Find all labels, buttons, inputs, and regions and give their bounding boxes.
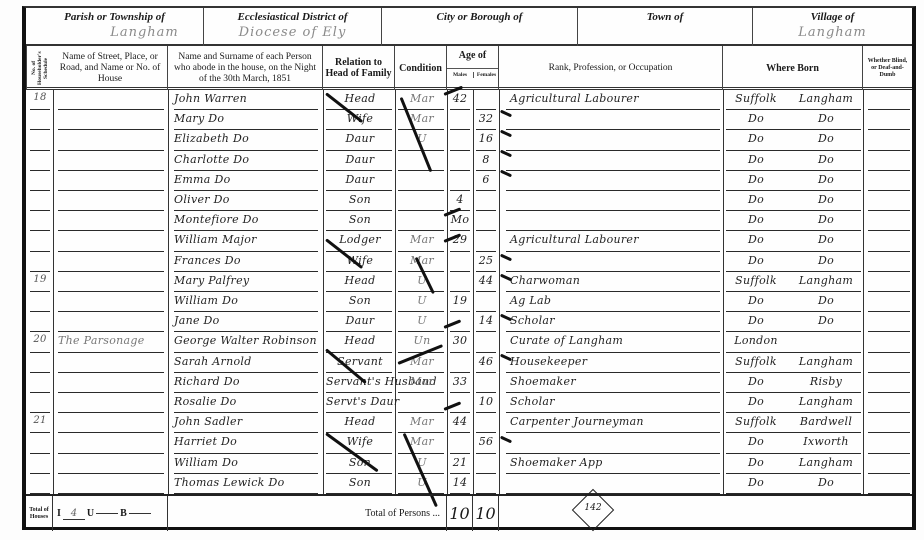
city-label: City or Borough of [382,11,577,23]
census-row: Mary DoWifeMar32DoDo [26,110,912,131]
census-sheet: Parish or Township of Langham Ecclesiast… [22,6,916,530]
page-stamp-number: 142 [578,503,608,513]
cell-condition: U [398,314,446,327]
cell-name: John Sadler [174,415,322,428]
cell-relation: Son [326,294,394,307]
cell-schedule: 19 [29,274,51,285]
cell-occupation: Shoemaker [510,375,720,388]
census-row: Jane DoDaurU14ScholarDoDo [26,312,912,333]
cell-born-place: Ixworth [791,435,861,448]
total-females: 10 [473,496,499,531]
cell-occupation: Carpenter Journeyman [510,415,720,428]
col-occupation: Rank, Profession, or Occupation [499,46,723,90]
cell-born-place: Do [791,213,861,226]
cell-male-age: 19 [448,294,472,307]
cell-condition: U [398,456,446,469]
cell-male-age: 30 [448,334,472,347]
col-condition: Condition [395,46,447,90]
cell-born-county: Do [726,395,786,408]
cell-born-place: Do [791,314,861,327]
cell-name: Thomas Lewick Do [174,476,322,489]
census-row: 18John WarrenHeadMar42Agricultural Labou… [26,90,912,111]
cell-relation: Son [326,476,394,489]
cell-occupation: Curate of Langham [510,334,720,347]
census-row: Elizabeth DoDaurU16DoDo [26,130,912,151]
cell-female-age: 44 [474,274,498,287]
cell-born-county: London [726,334,786,347]
census-row: Charlotte DoDaur8DoDo [26,151,912,172]
cell-male-age: 44 [448,415,472,428]
cell-name: Montefiore Do [174,213,322,226]
cell-occupation: Housekeeper [510,355,720,368]
col-females: Females [473,72,499,78]
town-field: Town of [578,8,753,46]
cell-name: Rosalie Do [174,395,322,408]
census-row: Montefiore DoSonMoDoDo [26,211,912,232]
cell-born-county: Do [726,173,786,186]
cell-name: William Do [174,294,322,307]
cell-born-county: Do [726,233,786,246]
cell-occupation: Charwoman [510,274,720,287]
cell-female-age: 16 [474,132,498,145]
inhabited-value: 4 [63,508,85,520]
cell-relation: Daur [326,153,394,166]
census-row: Thomas Lewick DoSonU14DoDo [26,474,912,495]
houses-counts: I 4 U B [53,496,168,531]
cell-born-county: Do [726,435,786,448]
cell-female-age: 14 [474,314,498,327]
cell-name: Mary Do [174,112,322,125]
cell-female-age: 10 [474,395,498,408]
cell-condition: Mar [398,415,446,428]
cell-male-age: Mo [448,213,472,226]
cell-born-county: Do [726,476,786,489]
col-males: Males [447,72,473,78]
cell-born-county: Do [726,294,786,307]
cell-condition: U [398,294,446,307]
uninhabited-value [96,513,118,514]
cell-born-county: Do [726,153,786,166]
cell-born-place: Langham [791,355,861,368]
census-row: William MajorLodgerMar29Agricultural Lab… [26,231,912,252]
cell-name: Harriet Do [174,435,322,448]
cell-born-place: Risby [791,375,861,388]
cell-male-age: 33 [448,375,472,388]
cell-born-place: Langham [791,395,861,408]
census-row: 21John SadlerHeadMar44Carpenter Journeym… [26,413,912,434]
city-field: City or Borough of [382,8,578,46]
cell-condition: Mar [398,375,446,388]
cell-born-place: Do [791,153,861,166]
census-row: Harriet DoWifeMar56DoIxworth [26,433,912,454]
cell-born-county: Suffolk [726,274,786,287]
cell-name: William Major [174,233,322,246]
cell-born-county: Suffolk [726,355,786,368]
cell-female-age: 8 [474,153,498,166]
cell-name: John Warren [174,92,322,105]
ecclesiastical-value: Diocese of Ely [204,25,381,40]
cell-born-county: Suffolk [726,415,786,428]
cell-male-age: 14 [448,476,472,489]
cell-born-place: Langham [791,92,861,105]
cell-born-county: Do [726,193,786,206]
cell-occupation: Agricultural Labourer [510,233,720,246]
town-label: Town of [578,11,752,23]
cell-condition: U [398,132,446,145]
cell-born-place: Do [791,132,861,145]
building-value [129,513,151,514]
cell-name: Richard Do [174,375,322,388]
cell-female-age: 32 [474,112,498,125]
cell-relation: Head [326,415,394,428]
cell-name: Charlotte Do [174,153,322,166]
cell-born-place: Langham [791,456,861,469]
cell-occupation: Scholar [510,314,720,327]
cell-relation: Son [326,213,394,226]
cell-name: Sarah Arnold [174,355,322,368]
ecclesiastical-label: Ecclesiastical District of [204,11,381,23]
cell-born-place: Do [791,173,861,186]
cell-born-place: Do [791,254,861,267]
total-males: 10 [447,496,473,531]
village-field: Village of Langham [753,8,912,46]
cell-relation: Daur [326,314,394,327]
parish-field: Parish or Township of Langham [26,8,204,46]
cell-born-place: Do [791,476,861,489]
cell-female-age: 56 [474,435,498,448]
cell-born-county: Do [726,132,786,145]
cell-name: William Do [174,456,322,469]
cell-born-place: Bardwell [791,415,861,428]
total-persons-label: Total of Persons ... [168,496,447,531]
census-row: Rosalie DoServt's Daur10ScholarDoLangham [26,393,912,414]
cell-name: Elizabeth Do [174,132,322,145]
cell-street: The Parsonage [58,334,166,347]
col-blind: Whether Blind, or Deaf-and-Dumb [863,46,912,90]
cell-relation: Lodger [326,233,394,246]
col-age: Age of Males Females [447,46,499,90]
cell-condition: Mar [398,233,446,246]
cell-schedule: 18 [29,92,51,103]
inhabited-label: I [57,508,61,519]
cell-born-county: Do [726,375,786,388]
cell-female-age: 46 [474,355,498,368]
cell-born-county: Do [726,314,786,327]
cell-occupation: Scholar [510,395,720,408]
cell-born-place: Do [791,233,861,246]
census-row: Richard DoServant's HusbandMar33Shoemake… [26,373,912,394]
cell-born-place: Langham [791,274,861,287]
col-name: Name and Surname of each Person who abod… [168,46,323,90]
houses-label: Total of Houses [26,496,53,531]
cell-name: Oliver Do [174,193,322,206]
cell-born-place: Do [791,294,861,307]
cell-female-age: 6 [474,173,498,186]
col-street: Name of Street, Place, or Road, and Name… [53,46,168,90]
cell-condition: U [398,274,446,287]
ecclesiastical-field: Ecclesiastical District of Diocese of El… [204,8,382,46]
cell-name: Emma Do [174,173,322,186]
census-row: Frances DoWifeMar25DoDo [26,252,912,273]
census-row: William DoSonU19Ag LabDoDo [26,292,912,313]
cell-condition: Mar [398,254,446,267]
cell-born-county: Do [726,456,786,469]
cell-relation: Head [326,274,394,287]
cell-occupation: Ag Lab [510,294,720,307]
cell-female-age: 25 [474,254,498,267]
cell-relation: Son [326,193,394,206]
census-row: Emma DoDaur6DoDo [26,171,912,192]
cell-male-age: 42 [448,92,472,105]
cell-relation: Daur [326,173,394,186]
col-age-title: Age of [447,50,498,61]
col-schedule: No. of Householder's Schedule [26,46,53,90]
cell-occupation: Agricultural Labourer [510,92,720,105]
cell-name: Mary Palfrey [174,274,322,287]
cell-male-age: 4 [448,193,472,206]
census-row: 20The ParsonageGeorge Walter RobinsonHea… [26,332,912,353]
column-headers: No. of Householder's Schedule Name of St… [26,46,912,90]
district-header: Parish or Township of Langham Ecclesiast… [26,8,912,46]
cell-name: Frances Do [174,254,322,267]
building-label: B [120,508,127,519]
cell-name: George Walter Robinson [174,334,322,347]
cell-born-place: Do [791,193,861,206]
cell-relation: Servt's Daur [326,395,394,408]
cell-schedule: 21 [29,415,51,426]
cell-name: Jane Do [174,314,322,327]
census-row: Oliver DoSon4DoDo [26,191,912,212]
cell-occupation: Shoemaker App [510,456,720,469]
cell-born-county: Do [726,112,786,125]
uninhabited-label: U [87,508,94,519]
parish-value: Langham [86,25,203,40]
col-relation: Relation to Head of Family [323,46,395,90]
census-entries: 18John WarrenHeadMar42Agricultural Labou… [26,90,912,494]
cell-born-place: Do [791,112,861,125]
totals-footer: Total of Houses I 4 U B Total of Persons… [26,494,912,529]
col-where-born: Where Born [723,46,863,90]
cell-schedule: 20 [29,334,51,345]
census-row: 19Mary PalfreyHeadU44CharwomanSuffolkLan… [26,272,912,293]
village-label: Village of [753,11,912,23]
cell-born-county: Do [726,254,786,267]
census-row: William DoSonU21Shoemaker AppDoLangham [26,454,912,475]
cell-born-county: Suffolk [726,92,786,105]
parish-label: Parish or Township of [26,11,203,23]
cell-relation: Head [326,334,394,347]
village-value: Langham [753,25,912,40]
cell-relation: Daur [326,132,394,145]
census-row: Sarah ArnoldServantMar46HousekeeperSuffo… [26,353,912,374]
cell-male-age: 21 [448,456,472,469]
cell-born-county: Do [726,213,786,226]
